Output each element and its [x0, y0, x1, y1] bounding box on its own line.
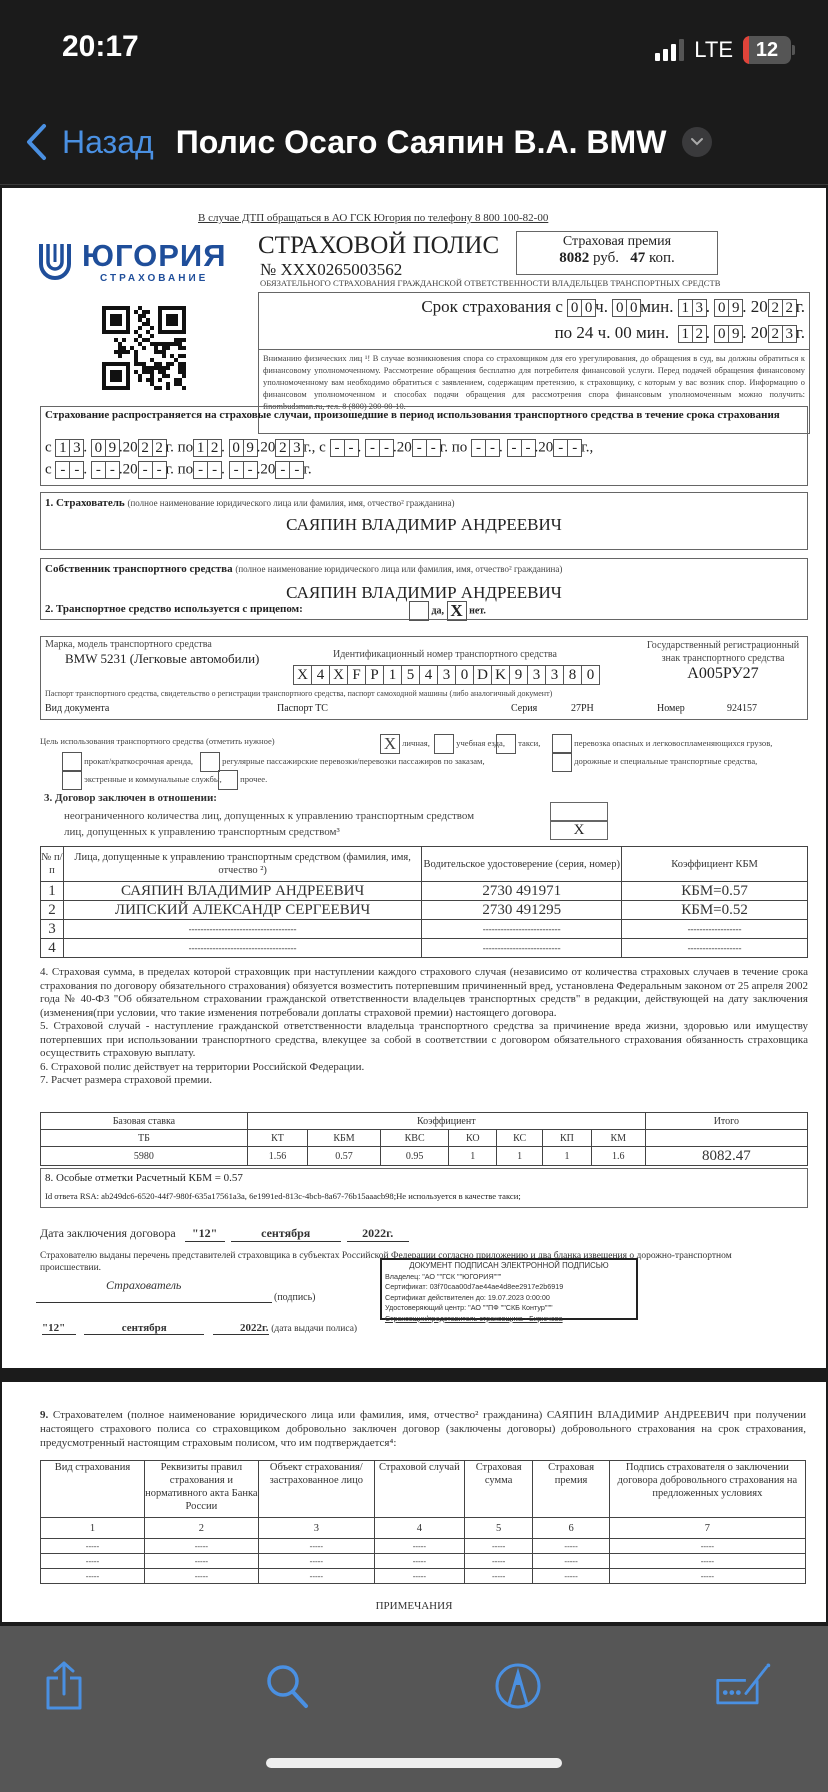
- vin-char-cell: 4: [419, 665, 438, 685]
- digit-cell: 9: [728, 325, 743, 343]
- conclusion-month: сентября: [231, 1226, 341, 1242]
- purpose-checkbox[interactable]: [218, 770, 238, 790]
- contract-label: 3. Договор заключен в отношении:: [44, 792, 217, 804]
- digit-cell: 2: [692, 325, 707, 343]
- conclusion-label: Дата заключения договора: [40, 1226, 176, 1240]
- table-cell: -----: [533, 1554, 609, 1569]
- table-cell: -----: [533, 1569, 609, 1584]
- digit-cell: -: [344, 439, 359, 457]
- digit-cell: -: [567, 439, 582, 457]
- purpose-option[interactable]: экстренные и коммунальные службы,: [62, 770, 222, 790]
- insurer-name: САЯПИН ВЛАДИМИР АНДРЕЕВИЧ: [41, 515, 807, 535]
- issue-date: "12" сентября 2022г. (дата выдачи полиса…: [42, 1322, 357, 1335]
- table-cell: 2730 491971: [422, 882, 622, 901]
- term-from-label: Срок страхования с: [421, 297, 563, 316]
- column-header: Реквизиты правил страхования и нормативн…: [144, 1461, 258, 1518]
- owner-label: Собственник транспортного средства: [45, 563, 233, 575]
- table-cell: 1.56: [247, 1147, 307, 1166]
- purpose-option[interactable]: прокат/краткосрочная аренда,: [62, 752, 193, 772]
- special-marks-box: 8. Особые отметки Расчетный КБМ = 0.57 I…: [40, 1168, 808, 1208]
- digit-cell: -: [91, 461, 106, 479]
- purpose-label: прочее.: [238, 774, 267, 784]
- year-label: г.: [796, 323, 805, 342]
- special-marks-label: 8. Особые отметки Расчетный КБМ = 0.57: [45, 1172, 243, 1184]
- yugoria-logo: ЮГОРИЯ СТРАХОВАНИЕ: [38, 238, 258, 288]
- table-cell: ------------------------------------: [63, 939, 421, 958]
- table-header: Базовая ставкаКоэффициентИтого: [41, 1113, 808, 1130]
- signal-icon: [655, 39, 684, 61]
- purpose-section: Цель использования транспортного средств…: [40, 734, 810, 794]
- column-header: Страховой случай: [374, 1461, 464, 1518]
- digit-cell: -: [105, 461, 120, 479]
- vin-char-cell: 1: [383, 665, 402, 685]
- share-icon: [42, 1660, 86, 1712]
- conclusion-date: Дата заключения договора "12" сентября 2…: [40, 1226, 409, 1242]
- year-label: г.: [796, 297, 805, 316]
- column-header: Вид страхования: [41, 1461, 145, 1518]
- table-cell: -----: [41, 1569, 145, 1584]
- column-header: Подпись страхователя о заключении догово…: [609, 1461, 805, 1518]
- battery-icon: 12: [743, 36, 795, 64]
- purpose-label: дорожные и специальные транспортные сред…: [572, 756, 757, 766]
- voluntary-insurance-table: Вид страхованияРеквизиты правил страхова…: [40, 1460, 806, 1584]
- table-cell: -----: [374, 1569, 464, 1584]
- signature-hint: (подпись): [274, 1292, 316, 1303]
- digit-cell: -: [289, 461, 304, 479]
- table-cell: -----: [609, 1569, 805, 1584]
- table-cell: КО: [449, 1130, 497, 1147]
- table-cell: КБМ=0.52: [622, 901, 808, 920]
- purpose-label: такси,: [516, 738, 540, 748]
- table-cell: САЯПИН ВЛАДИМИР АНДРЕЕВИЧ: [63, 882, 421, 901]
- clauses: 4. Страховая сумма, в пределах которой с…: [40, 966, 808, 1088]
- vehicle-doc-hint: Паспорт транспортного средства, свидетел…: [45, 689, 552, 698]
- digit-cell: 2: [782, 299, 797, 317]
- table-cell: -----: [374, 1554, 464, 1569]
- table-row: 1234567: [41, 1518, 806, 1539]
- table-cell: 1: [543, 1147, 592, 1166]
- trailer-label: 2. Транспортное средство используется с …: [45, 603, 303, 615]
- vin-label: Идентификационный номер транспортного ср…: [333, 649, 557, 660]
- clause-4: 4. Страховая сумма, в пределах которой с…: [40, 966, 808, 1020]
- purpose-checkbox[interactable]: [434, 734, 454, 754]
- esign-rep: Страховщик/представитель страховщика - Б…: [385, 1314, 633, 1325]
- premium-rub: 8082: [559, 250, 589, 266]
- table-cell: -----: [258, 1539, 374, 1554]
- document-page-1: В случае ДТП обращаться в АО ГСК Югория …: [2, 188, 826, 1368]
- table-cell: 3: [41, 920, 64, 939]
- trailer-yes-checkbox[interactable]: [409, 601, 429, 621]
- table-cell: 1: [497, 1147, 543, 1166]
- purpose-checkbox[interactable]: X: [380, 734, 400, 754]
- clause-6: 6. Страховой полис действует на территор…: [40, 1061, 808, 1075]
- h-label: ч.: [595, 297, 608, 316]
- digit-cell: 3: [69, 439, 84, 457]
- digit-cell: 0: [626, 299, 641, 317]
- purpose-label: прокат/краткосрочная аренда,: [82, 756, 193, 766]
- bottom-toolbar: [0, 1626, 828, 1792]
- digit-cell: -: [521, 439, 536, 457]
- table-cell: -----: [374, 1539, 464, 1554]
- premium-calc-table: Базовая ставкаКоэффициентИтогоТБКТКБМКВС…: [40, 1112, 808, 1166]
- purpose-label: перевозка опасных и легковоспламеняющихс…: [572, 738, 772, 748]
- vin-char-cell: 4: [311, 665, 330, 685]
- table-cell: ЛИПСКИЙ АЛЕКСАНДР СЕРГЕЕВИЧ: [63, 901, 421, 920]
- owner-box: Собственник транспортного средства (полн…: [40, 558, 808, 620]
- digit-cell: 1: [193, 439, 208, 457]
- table-cell: ------------------------------------: [63, 920, 421, 939]
- usage-period-row-1: с 13. 09.2022г. по12. 09.2023г., с --. -…: [45, 439, 593, 457]
- purpose-option[interactable]: дорожные и специальные транспортные сред…: [552, 752, 757, 772]
- usage-period-box: Страхование распространяется на страховы…: [40, 406, 808, 486]
- table-cell: -----: [258, 1554, 374, 1569]
- usage-period-row-2: с --. --.20--г. по--. --.20--г.: [45, 461, 312, 479]
- purpose-option[interactable]: перевозка опасных и легковоспламеняющихс…: [552, 734, 772, 754]
- digit-cell: -: [193, 461, 208, 479]
- table-cell: -----: [609, 1554, 805, 1569]
- table-cell: 2: [41, 901, 64, 920]
- signature-icon: [714, 1660, 774, 1712]
- vin-char-cell: 0: [455, 665, 474, 685]
- vin-char-cell: X: [329, 665, 348, 685]
- table-cell: -----: [464, 1569, 533, 1584]
- premium-kop: 47: [630, 250, 645, 266]
- purpose-label: личная,: [400, 738, 430, 748]
- digit-cell: -: [379, 439, 394, 457]
- purpose-checkbox[interactable]: [200, 752, 220, 772]
- table-cell: 1: [41, 1518, 145, 1539]
- column-header: Базовая ставка: [41, 1113, 248, 1130]
- digit-cell: 2: [207, 439, 222, 457]
- digit-cell: 0: [91, 439, 106, 457]
- table-cell: 3: [258, 1518, 374, 1539]
- vin-char-cell: D: [473, 665, 492, 685]
- vin-char-cell: P: [365, 665, 384, 685]
- digit-cell: -: [426, 439, 441, 457]
- accident-phone-line: В случае ДТП обращаться в АО ГСК Югория …: [198, 212, 548, 224]
- nav-bar: Назад Полис Осаго Саяпин В.А. BMW: [0, 100, 828, 185]
- table-cell: КВС: [380, 1130, 449, 1147]
- table-cell: КБМ=0.57: [622, 882, 808, 901]
- vin-char-cell: 3: [545, 665, 564, 685]
- document-page-2: 9. Страхователем (полное наименование юр…: [2, 1382, 826, 1622]
- digit-cell: -: [207, 461, 222, 479]
- doc-number: 924157: [727, 703, 757, 714]
- owner-name: САЯПИН ВЛАДИМИР АНДРЕЕВИЧ: [41, 583, 807, 603]
- insurer-hint: (полное наименование юридического лица и…: [127, 498, 454, 508]
- term-to-label: по 24 ч. 00 мин.: [555, 323, 670, 342]
- vin-char-cell: 0: [581, 665, 600, 685]
- min-label: мин.: [640, 297, 673, 316]
- signature-line: [36, 1302, 272, 1303]
- column-header: Страховая сумма: [464, 1461, 533, 1518]
- digit-cell: -: [412, 439, 427, 457]
- century: 20: [751, 323, 768, 342]
- column-header: Коэффициент: [247, 1113, 645, 1130]
- digit-cell: 0: [714, 299, 729, 317]
- table-cell: 4: [374, 1518, 464, 1539]
- table-cell: -----: [609, 1539, 805, 1554]
- signer-label: Страхователь: [106, 1278, 181, 1293]
- trailer-no-checkbox[interactable]: X: [447, 601, 467, 621]
- purpose-checkbox[interactable]: [552, 752, 572, 772]
- vin-char-cell: 3: [527, 665, 546, 685]
- esign-owner: Владелец: "АО ""ГСК ""ЮГОРИЯ""": [385, 1272, 633, 1283]
- vin-char-cell: F: [347, 665, 366, 685]
- clause-9-text: Страхователем (полное наименование юриди…: [40, 1409, 806, 1449]
- limited-checkbox[interactable]: X: [550, 820, 608, 840]
- sign-button[interactable]: [714, 1656, 774, 1716]
- digit-cell: 0: [612, 299, 627, 317]
- search-icon: [264, 1662, 312, 1710]
- home-indicator[interactable]: [266, 1758, 562, 1768]
- table-cell: -----: [464, 1554, 533, 1569]
- doc-series: 27РН: [571, 703, 594, 714]
- purpose-checkbox[interactable]: [496, 734, 516, 754]
- clause-9-number: 9.: [40, 1409, 48, 1421]
- digit-cell: -: [229, 461, 244, 479]
- contract-limited: лиц, допущенных к управлению транспортны…: [64, 826, 340, 838]
- table-row: ТБКТКБМКВСКОКСКПКМ: [41, 1130, 808, 1147]
- back-label: Назад: [62, 124, 154, 161]
- digit-cell: 2: [768, 299, 783, 317]
- esign-cert: Сертификат: 03f70caa00d7ae44ae4d8ee2917e…: [385, 1282, 633, 1293]
- digit-cell: -: [152, 461, 167, 479]
- conclusion-day: "12": [185, 1226, 225, 1242]
- vin-char-cell: 3: [437, 665, 456, 685]
- table-row: 2ЛИПСКИЙ АЛЕКСАНДР СЕРГЕЕВИЧ2730 491295К…: [41, 901, 808, 920]
- purpose-option[interactable]: прочее.: [218, 770, 267, 790]
- vin-char-cell: K: [491, 665, 510, 685]
- vehicle-box: Марка, модель транспортного средства BMW…: [40, 636, 808, 720]
- purpose-option[interactable]: регулярные пассажирские перевозки/перево…: [200, 752, 485, 772]
- back-button[interactable]: Назад: [24, 122, 154, 162]
- purpose-option[interactable]: такси,: [496, 734, 540, 754]
- drivers-table: № п/пЛица, допущенные к управлению транс…: [40, 846, 808, 958]
- digit-cell: -: [275, 461, 290, 479]
- vin-char-cell: X: [293, 665, 312, 685]
- digit-cell: 1: [678, 299, 693, 317]
- table-cell: 1: [449, 1147, 497, 1166]
- table-row: -----------------------------------: [41, 1539, 806, 1554]
- issue-date-hint: (дата выдачи полиса): [271, 1324, 357, 1334]
- qr-code: [102, 306, 186, 390]
- esign-center: Удостоверяющий центр: "АО ""ПФ ""СКБ Кон…: [385, 1303, 633, 1314]
- vin-char-cell: 9: [509, 665, 528, 685]
- digit-cell: 2: [275, 439, 290, 457]
- share-button[interactable]: [34, 1656, 94, 1716]
- markup-button[interactable]: [488, 1656, 548, 1716]
- table-cell: 0.95: [380, 1147, 449, 1166]
- table-cell: -----: [258, 1569, 374, 1584]
- table-cell: ------------------: [622, 920, 808, 939]
- digit-cell: 9: [105, 439, 120, 457]
- purpose-option[interactable]: X личная,: [380, 734, 430, 754]
- total-premium: 8082.47: [645, 1147, 807, 1166]
- unlimited-checkbox[interactable]: [550, 802, 608, 822]
- table-cell: 2730 491295: [422, 901, 622, 920]
- column-header: Объект страхования/ застрахованное лицо: [258, 1461, 374, 1518]
- kop-label: коп.: [649, 250, 675, 266]
- digit-cell: -: [471, 439, 486, 457]
- table-cell: 6: [533, 1518, 609, 1539]
- vin-char-cell: 5: [401, 665, 420, 685]
- markup-pen-icon: [493, 1661, 543, 1711]
- status-bar: 20:17 LTE 12: [0, 0, 828, 100]
- digit-cell: 2: [152, 439, 167, 457]
- digit-cell: 3: [692, 299, 707, 317]
- digit-cell: -: [365, 439, 380, 457]
- table-row: 1САЯПИН ВЛАДИМИР АНДРЕЕВИЧ2730 491971КБМ…: [41, 882, 808, 901]
- table-cell: 5980: [41, 1147, 248, 1166]
- table-row: 59801.560.570.951111.68082.47: [41, 1147, 808, 1166]
- table-cell: ------------------: [622, 939, 808, 958]
- digit-cell: 1: [678, 325, 693, 343]
- table-cell: -----: [41, 1554, 145, 1569]
- clause-9: 9. Страхователем (полное наименование юр…: [40, 1408, 806, 1450]
- table-cell: КП: [543, 1130, 592, 1147]
- logo-emblem-icon: [38, 242, 72, 282]
- issue-day: "12": [42, 1322, 76, 1335]
- digit-cell: -: [138, 461, 153, 479]
- purpose-label: экстренные и коммунальные службы,: [82, 774, 222, 784]
- notes-title: ПРИМЕЧАНИЯ: [2, 1600, 826, 1612]
- trailer-yes-label: да,: [432, 605, 445, 616]
- table-cell: КС: [497, 1130, 543, 1147]
- status-time: 20:17: [62, 30, 139, 64]
- insurer-box: 1. Страхователь (полное наименование юри…: [40, 492, 808, 550]
- vin-cells: X4XFP15430DK93380: [293, 665, 599, 685]
- vin-char-cell: 8: [563, 665, 582, 685]
- term-to: по 24 ч. 00 мин. 12. 09. 2023г.: [555, 323, 805, 343]
- table-cell: ТБ: [41, 1130, 248, 1147]
- column-header: № п/п: [41, 847, 64, 882]
- policy-number: № XXX0265003562: [260, 260, 402, 280]
- esign-title: ДОКУМЕНТ ПОДПИСАН ЭЛЕКТРОННОЙ ПОДПИСЬЮ: [385, 1261, 633, 1272]
- insurer-label: 1. Страхователь: [45, 497, 125, 509]
- e-signature-stamp: ДОКУМЕНТ ПОДПИСАН ЭЛЕКТРОННОЙ ПОДПИСЬЮ В…: [380, 1258, 638, 1320]
- network-type: LTE: [694, 37, 733, 63]
- digit-cell: 2: [768, 325, 783, 343]
- chevron-down-icon: [690, 137, 704, 147]
- doc-series-label: Серия: [511, 703, 537, 714]
- table-cell: 4: [41, 939, 64, 958]
- clause-7: 7. Расчет размера страховой премии.: [40, 1074, 808, 1088]
- doc-type-label: Вид документа: [45, 703, 109, 714]
- table-cell: 7: [609, 1518, 805, 1539]
- issue-month: сентября: [84, 1322, 204, 1335]
- table-row: -----------------------------------: [41, 1554, 806, 1569]
- logo-name: ЮГОРИЯ: [82, 238, 227, 274]
- digit-cell: -: [485, 439, 500, 457]
- logo-sub: СТРАХОВАНИЕ: [100, 273, 208, 284]
- purpose-checkbox[interactable]: [552, 734, 572, 754]
- premium-box: Страховая премия 8082 руб. 47 коп.: [516, 231, 718, 275]
- table-header: Вид страхованияРеквизиты правил страхова…: [41, 1461, 806, 1518]
- plate-number: А005РУ27: [639, 665, 807, 683]
- purpose-option[interactable]: учебная езда,: [434, 734, 505, 754]
- digit-cell: 1: [55, 439, 70, 457]
- purpose-checkbox[interactable]: [62, 770, 82, 790]
- table-cell: -----: [533, 1539, 609, 1554]
- term-from: Срок страхования с 00ч. 00мин. 13. 09. 2…: [421, 297, 805, 317]
- digit-cell: 2: [138, 439, 153, 457]
- purpose-label: регулярные пассажирские перевозки/перево…: [220, 756, 485, 766]
- digit-cell: 3: [782, 325, 797, 343]
- column-header: Итого: [645, 1113, 807, 1130]
- title-menu-button[interactable]: [682, 127, 712, 157]
- digit-cell: 9: [728, 299, 743, 317]
- owner-hint: (полное наименование юридического лица и…: [235, 564, 562, 574]
- chevron-left-icon: [24, 122, 48, 162]
- vehicle-model: BMW 5231 (Легковые автомобили): [65, 651, 259, 667]
- policy-subtitle: ОБЯЗАТЕЛЬНОГО СТРАХОВАНИЯ ГРАЖДАНСКОЙ ОТ…: [260, 278, 720, 288]
- vehicle-model-label: Марка, модель транспортного средства: [45, 639, 212, 650]
- digit-cell: -: [243, 461, 258, 479]
- battery-level: 12: [756, 39, 778, 61]
- table-cell: -----: [464, 1539, 533, 1554]
- rub-label: руб.: [593, 250, 619, 266]
- column-header: Страховая премия: [533, 1461, 609, 1518]
- financial-ombudsman-notice: Вниманию физических лиц ¹! В случае возн…: [263, 353, 805, 413]
- table-cell: --------------------------: [422, 920, 622, 939]
- rsa-id: Id ответа RSA: ab249dc6-6520-44f7-980f-6…: [45, 1191, 521, 1201]
- purpose-checkbox[interactable]: [62, 752, 82, 772]
- plate-label: Государственный регистрационный знак тра…: [639, 639, 807, 665]
- digit-cell: -: [553, 439, 568, 457]
- table-cell: 2: [144, 1518, 258, 1539]
- issue-year: 2022г.: [213, 1322, 269, 1335]
- digit-cell: 0: [229, 439, 244, 457]
- document-title[interactable]: Полис Осаго Саяпин В.А. BMW: [176, 124, 667, 161]
- table-cell: --------------------------: [422, 939, 622, 958]
- digit-cell: -: [55, 461, 70, 479]
- table-cell: -----: [144, 1554, 258, 1569]
- search-button[interactable]: [258, 1656, 318, 1716]
- trailer-options: да, X нет.: [409, 601, 486, 621]
- column-header: Водительское удостоверение (серия, номер…: [422, 847, 622, 882]
- table-cell: КБМ: [308, 1130, 381, 1147]
- column-header: Лица, допущенные к управлению транспортн…: [63, 847, 421, 882]
- table-row: -----------------------------------: [41, 1569, 806, 1584]
- table-cell: 1.6: [591, 1147, 645, 1166]
- century: 20: [751, 297, 768, 316]
- table-row: 3---------------------------------------…: [41, 920, 808, 939]
- table-row: 4---------------------------------------…: [41, 939, 808, 958]
- table-cell: 5: [464, 1518, 533, 1539]
- table-cell: -----: [144, 1539, 258, 1554]
- digit-cell: 9: [243, 439, 258, 457]
- table-cell: 1: [41, 882, 64, 901]
- contract-unlimited: неограниченного количества лиц, допущенн…: [64, 810, 474, 822]
- digit-cell: 0: [714, 325, 729, 343]
- table-cell: -----: [41, 1539, 145, 1554]
- digit-cell: 3: [289, 439, 304, 457]
- table-cell: КМ: [591, 1130, 645, 1147]
- table-cell: 0.57: [308, 1147, 381, 1166]
- table-header: № п/пЛица, допущенные к управлению транс…: [41, 847, 808, 882]
- policy-title: СТРАХОВОЙ ПОЛИС: [258, 232, 499, 260]
- esign-valid: Сертификат действителен до: 19.07.2023 0…: [385, 1293, 633, 1304]
- digit-cell: 0: [567, 299, 582, 317]
- clause-5: 5. Страховой случай - наступление гражда…: [40, 1020, 808, 1061]
- digit-cell: -: [507, 439, 522, 457]
- digit-cell: 0: [581, 299, 596, 317]
- table-cell: -----: [144, 1569, 258, 1584]
- doc-number-label: Номер: [657, 703, 685, 714]
- digit-cell: -: [69, 461, 84, 479]
- doc-type: Паспорт ТС: [277, 703, 328, 714]
